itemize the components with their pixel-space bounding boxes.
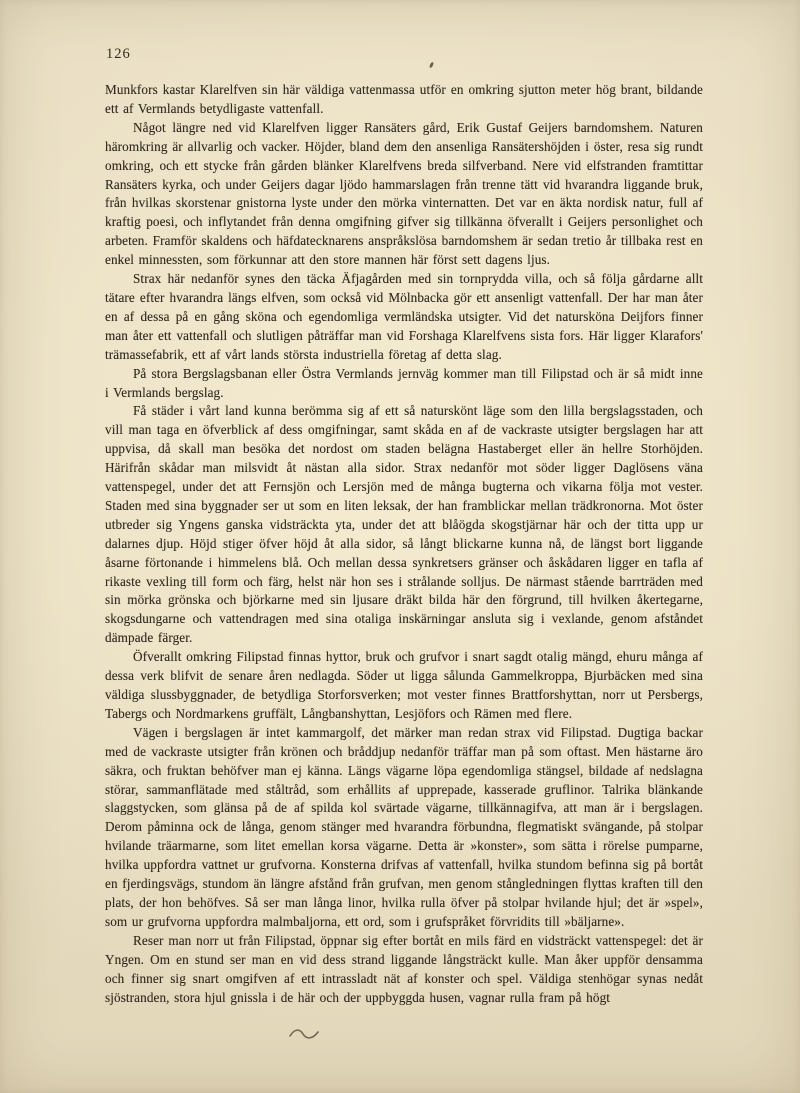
paragraph: Något längre ned vid Klarelfven ligger R… (105, 119, 703, 270)
ink-squiggle-mark (288, 1026, 322, 1042)
paragraph: Reser man norr ut från Filipstad, öppnar… (105, 932, 703, 1008)
book-page: 126 Munkfors kastar Klarelfven sin här v… (0, 0, 800, 1093)
paragraph: Öfverallt omkring Filipstad finnas hytto… (105, 648, 703, 724)
paragraph: Strax här nedanför synes den täcka Äfjag… (105, 270, 703, 365)
page-number: 126 (106, 46, 131, 63)
paragraph: Få städer i vårt land kunna berömma sig … (105, 402, 703, 648)
paragraph: På stora Bergslagsbanan eller Östra Verm… (105, 365, 703, 403)
body-text: Munkfors kastar Klarelfven sin här väldi… (105, 81, 703, 1007)
paragraph: Munkfors kastar Klarelfven sin här väldi… (105, 81, 703, 119)
paragraph: Vägen i bergslagen är intet kammargolf, … (105, 724, 703, 932)
ink-speck-mark (429, 62, 434, 69)
